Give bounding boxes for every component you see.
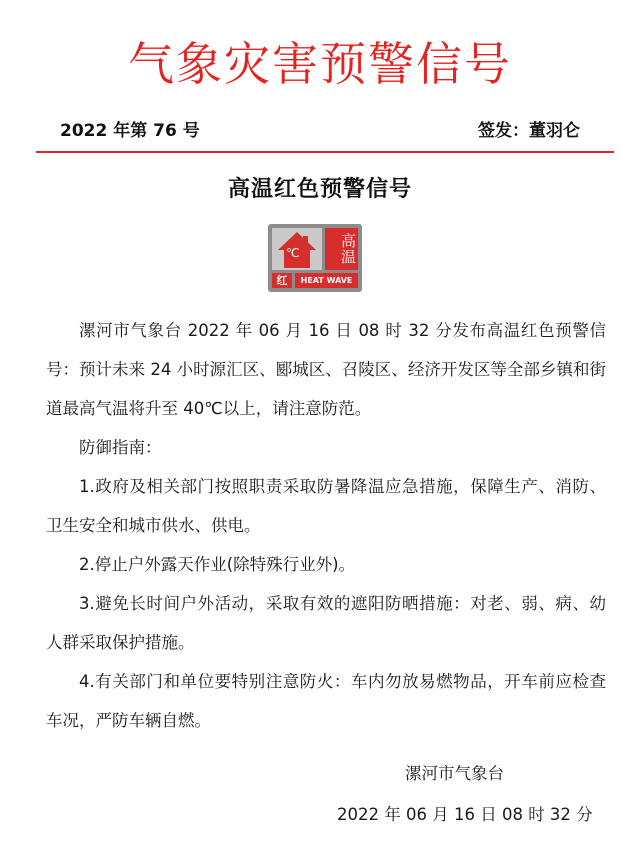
heat-wave-red-signal-icon: ℃ 高温 红 HEAT WAVE [268,224,362,292]
guideline-item: 3.避免长时间户外活动，采取有效的遮阳防晒措施：对老、弱、病、幼人群采取保护措施… [46,584,606,662]
issue-datetime: 2022 年 06 月 16 日 08 时 32 分 [337,801,593,825]
masthead-title: 气象灾害预警信号 [0,34,640,94]
guide-heading: 防御指南： [46,428,606,467]
signer: 签发：董羽仑 [478,116,580,141]
intro-paragraph: 漯河市气象台 2022 年 06 月 16 日 08 时 32 分发布高温红色预… [46,311,606,428]
signal-label-cn: 高温 [325,228,358,270]
guideline-item: 2.停止户外露天作业(除特殊行业外)。 [46,545,606,584]
guideline-item: 1.政府及相关部门按照职责采取防暑降温应急措施，保障生产、消防、卫生安全和城市供… [46,467,606,545]
intro-section: 漯河市气象台 2022 年 06 月 16 日 08 时 32 分发布高温红色预… [46,311,606,428]
issue-number: 2022 年第 76 号 [60,116,200,141]
house-thermometer-icon: ℃ [272,228,322,270]
document-title: 高温红色预警信号 [0,172,640,203]
issuer: 漯河市气象台 [405,760,504,784]
guidelines-section: 防御指南： 1.政府及相关部门按照职责采取防暑降温应急措施，保障生产、消防、卫生… [46,428,606,740]
celsius-unit: ℃ [286,246,299,260]
signal-label-en: HEAT WAVE [295,273,358,288]
guideline-item: 4.有关部门和单位要特别注意防火：车内勿放易燃物品，开车前应检查车况，严防车辆自… [46,662,606,740]
signal-level: 红 [272,273,292,288]
meta-row: 2022 年第 76 号 签发：董羽仑 [60,116,580,140]
header-divider [36,151,614,153]
